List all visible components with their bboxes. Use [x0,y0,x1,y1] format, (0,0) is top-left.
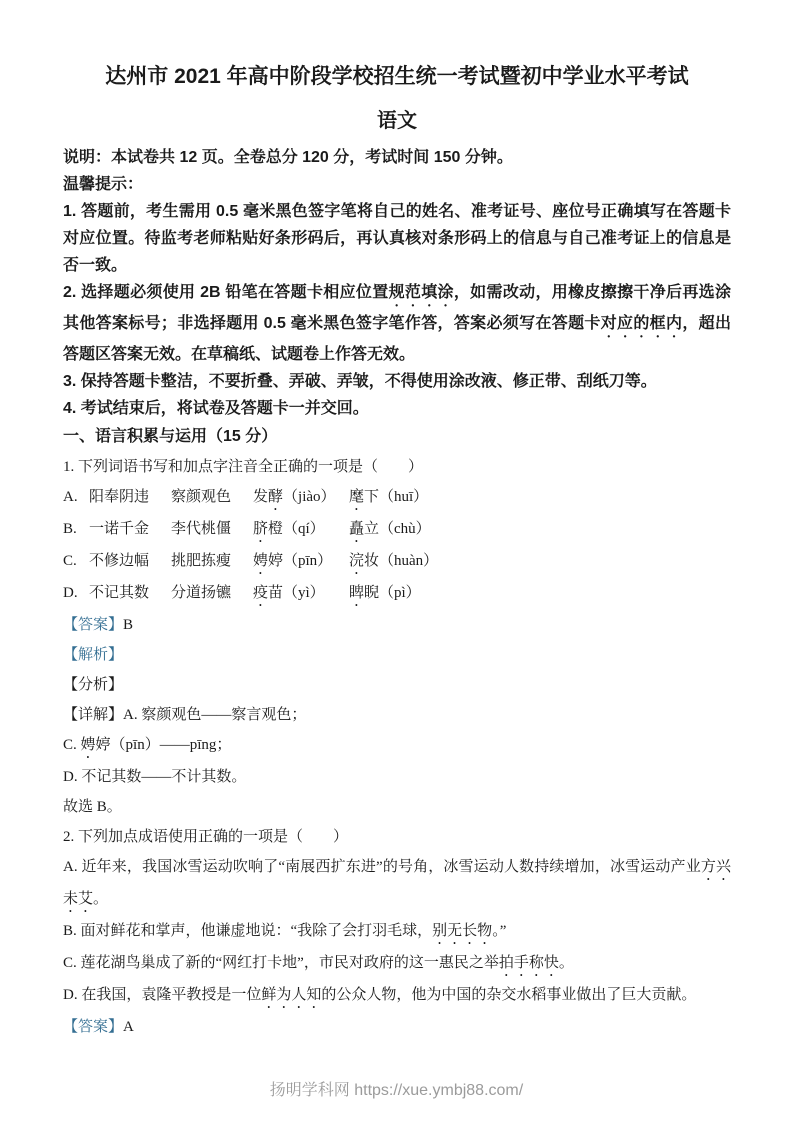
q1-stem: 1. 下列词语书写和加点字注音全正确的一项是（ ） [63,452,731,482]
q1-detail-c-dotted: 娉 [81,737,96,753]
q1-option-c-word-3-dotted: 娉 [253,553,268,569]
q1-option-c-word-3-pinyin: 婷（pīn） [268,553,332,569]
exam-paper-page: 达州市 2021 年高中阶段学校招生统一考试暨初中学业水平考试 语文 说明：本试… [0,0,793,1122]
q2-option-a-end: 。 [93,891,108,907]
q1-option-d-label: D. [63,578,89,608]
tip-2-text: 2. 选择题必须使用 2B 铅笔在答题卡相应位置 [63,284,389,301]
q2-option-d: D. 在我国，袁隆平教授是一位鲜为人知的公众人物，他为中国的杂交水稻事业做出了巨… [63,980,731,1012]
q1-option-d-word-3: 疫苗（yì） [253,578,349,610]
q2-option-b-text: B. 面对鲜花和掌声，他谦虚地说：“我除了会打羽毛球， [63,923,432,939]
q1-option-b-word-2: 李代桃僵 [171,514,253,544]
q1-detail-line-c: C. 娉婷（pīn）——pīng； [63,730,731,762]
q1-option-d-word-1: 不记其数 [89,578,171,608]
q1-option-c-word-4-dotted: 浣 [349,553,364,569]
q1-detail-line-a: 【详解】A. 察颜观色——察言观色； [63,700,731,730]
q2-answer-value: A [123,1019,134,1035]
q1-option-d-word-3-pinyin: 苗（yì） [268,585,325,601]
q1-option-b-word-3-dotted: 脐 [253,521,268,537]
q1-option-b-label: B. [63,514,89,544]
q1-option-a-word-1: 阳奉阴违 [89,482,171,512]
q2-answer-line: 【答案】A [63,1012,731,1042]
q1-xiangjie-label: 【详解】 [63,707,123,723]
tip-1: 1. 答题前，考生需用 0.5 毫米黑色签字笔将自己的姓名、准考证号、座位号正确… [63,198,731,279]
q1-option-c-word-2: 挑肥拣瘦 [171,546,253,576]
q1-option-b-word-3-pinyin: 橙（qí） [268,521,325,537]
q1-fenxi-line: 【分析】 [63,670,731,700]
q1-option-d-word-3-dotted: 疫 [253,585,268,601]
q2-option-b-end: 。” [492,923,506,939]
q2-stem: 2. 下列加点成语使用正确的一项是（ ） [63,822,731,852]
q1-option-c-word-3: 娉婷（pīn） [253,546,349,578]
q1-option-c-word-1: 不修边幅 [89,546,171,576]
q1-detail-c-pre: C. [63,737,81,753]
q1-option-b-word-4-dotted: 矗 [349,521,364,537]
q1-detail-a-text: A. 察颜观色——察言观色； [123,707,306,723]
q2-option-c: C. 莲花湖鸟巢成了新的“网红打卡地”，市民对政府的这一惠民之举拍手称快。 [63,948,731,980]
exam-title: 达州市 2021 年高中阶段学校招生统一考试暨初中学业水平考试 [63,64,731,90]
q1-option-c: C.不修边幅挑肥拣瘦娉婷（pīn）浣妆（huàn） [63,546,731,578]
q1-detail-c-post: 婷（pīn）——pīng； [96,737,232,753]
q2-option-a-text: A. 近年来，我国冰雪运动吹响了“南展西扩东进”的号角，冰雪运动人数持续增加，冰… [63,859,701,875]
exam-subject: 语文 [63,108,731,134]
q2-option-b-idiom: 别无长物 [432,923,492,939]
q1-option-b-word-3: 脐橙（qí） [253,514,349,546]
tip-4: 4. 考试结束后，将试卷及答题卡一并交回。 [63,395,731,422]
footer-watermark: 扬明学科网 https://xue.ymbj88.com/ [0,1077,793,1100]
q1-answer-label: 【答案】 [63,617,123,633]
q1-option-b-word-4-pinyin: 立（chù） [364,521,431,537]
q1-answer-value: B [123,617,133,633]
q2-option-c-idiom: 拍手称快 [499,955,559,971]
q1-option-a-label: A. [63,482,89,512]
q1-option-d-word-4: 睥睨（pì） [349,585,421,601]
section-1-heading: 一、语言积累与运用（15 分） [63,422,731,452]
q2-option-c-end: 。 [559,955,574,971]
tips-heading: 温馨提示： [63,171,731,198]
q1-option-a-word-4-pinyin: 下（huī） [364,489,428,505]
q2-option-d-end: 的公众人物，他为中国的杂交水稻事业做出了巨大贡献。 [321,987,696,1003]
q1-option-c-word-4-pinyin: 妆（huàn） [364,553,438,569]
q1-option-d-word-4-dotted: 睥 [349,585,364,601]
q1-option-c-label: C. [63,546,89,576]
q1-option-a-word-2: 察颜观色 [171,482,253,512]
q1-detail-line-d: D. 不记其数——不计其数。 [63,762,731,792]
q1-jiexi-label: 【解析】 [63,647,123,663]
q1-option-b: B.一诺千金李代桃僵脐橙（qí）矗立（chù） [63,514,731,546]
q1-option-b-word-4: 矗立（chù） [349,521,431,537]
q2-option-a: A. 近年来，我国冰雪运动吹响了“南展西扩东进”的号角，冰雪运动人数持续增加，冰… [63,852,731,916]
q2-option-c-text: C. 莲花湖鸟巢成了新的“网红打卡地”，市民对政府的这一惠民之举 [63,955,499,971]
q2-answer-label: 【答案】 [63,1019,123,1035]
q1-option-a-word-3-pre: 发 [253,489,268,505]
q1-option-d: D.不记其数分道扬镳疫苗（yì）睥睨（pì） [63,578,731,610]
q1-option-a-word-4-dotted: 麾 [349,489,364,505]
tip-2-emphasis-2: 对应的框内 [601,315,683,332]
q1-option-b-word-1: 一诺千金 [89,514,171,544]
q1-option-a-word-4: 麾下（huī） [349,489,428,505]
q1-answer-line: 【答案】B [63,610,731,640]
q2-option-d-text: D. 在我国，袁隆平教授是一位 [63,987,261,1003]
q1-option-d-word-4-pinyin: 睨（pì） [364,585,421,601]
q1-option-d-word-2: 分道扬镳 [171,578,253,608]
q1-option-a-word-3: 发酵（jiào） [253,482,349,514]
exam-note: 说明：本试卷共 12 页。全卷总分 120 分，考试时间 150 分钟。 [63,144,731,171]
q1-option-a-word-3-dotted: 酵 [268,489,283,505]
q1-conclusion: 故选 B。 [63,792,731,822]
tip-3: 3. 保持答题卡整洁，不要折叠、弄破、弄皱，不得使用涂改液、修正带、刮纸刀等。 [63,368,731,395]
q2-option-b: B. 面对鲜花和掌声，他谦虚地说：“我除了会打羽毛球，别无长物。” [63,916,731,948]
q1-option-a-word-3-pinyin: （jiào） [283,489,336,505]
q1-jiexi-line: 【解析】 [63,640,731,670]
q1-option-c-word-4: 浣妆（huàn） [349,553,438,569]
q2-option-d-idiom: 鲜为人知 [261,987,321,1003]
tip-2-emphasis-1: 规范填涂 [389,284,454,301]
tip-2: 2. 选择题必须使用 2B 铅笔在答题卡相应位置规范填涂，如需改动，用橡皮擦擦干… [63,279,731,368]
q1-option-a: A.阳奉阴违察颜观色发酵（jiào）麾下（huī） [63,482,731,514]
